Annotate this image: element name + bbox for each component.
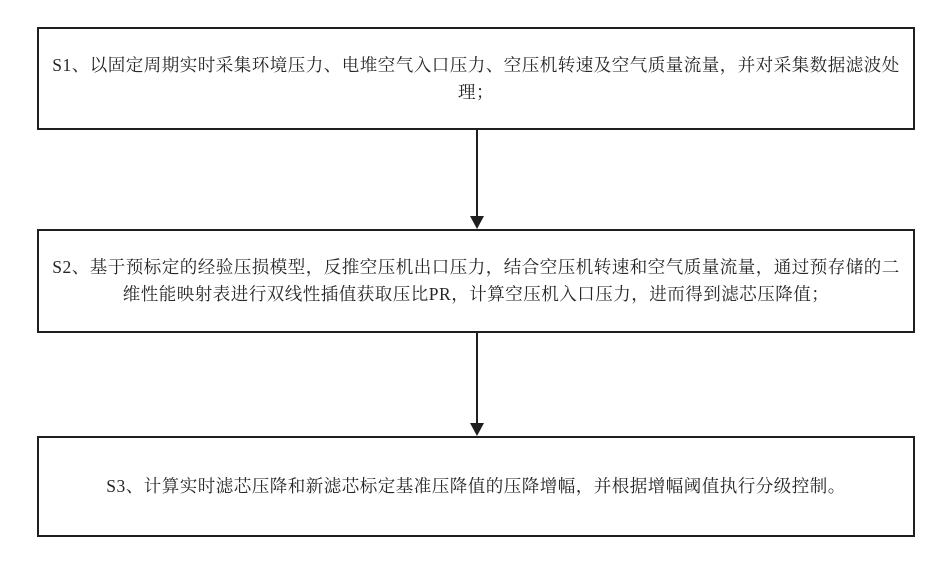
step-text-s1: S1、以固定周期实时采集环境压力、电堆空气入口压力、空压机转速及空气质量流量，并… xyxy=(50,52,902,106)
connector-s2-to-s3 xyxy=(470,333,484,436)
arrow-line xyxy=(476,333,478,423)
step-box-s2: S2、基于预标定的经验压损模型，反推空压机出口压力，结合空压机转速和空气质量流量… xyxy=(37,229,915,333)
arrow-down-icon xyxy=(470,423,484,436)
step-box-s3: S3、计算实时滤芯压降和新滤芯标定基准压降值的压降增幅，并根据增幅阈值执行分级控… xyxy=(37,436,915,537)
connector-s1-to-s2 xyxy=(470,130,484,229)
step-box-s1: S1、以固定周期实时采集环境压力、电堆空气入口压力、空压机转速及空气质量流量，并… xyxy=(37,27,915,130)
arrow-down-icon xyxy=(470,216,484,229)
step-text-s3: S3、计算实时滤芯压降和新滤芯标定基准压降值的压降增幅，并根据增幅阈值执行分级控… xyxy=(50,473,902,500)
flowchart-figure: S1、以固定周期实时采集环境压力、电堆空气入口压力、空压机转速及空气质量流量，并… xyxy=(0,0,932,586)
arrow-line xyxy=(476,130,478,216)
step-text-s2: S2、基于预标定的经验压损模型，反推空压机出口压力，结合空压机转速和空气质量流量… xyxy=(50,254,902,308)
